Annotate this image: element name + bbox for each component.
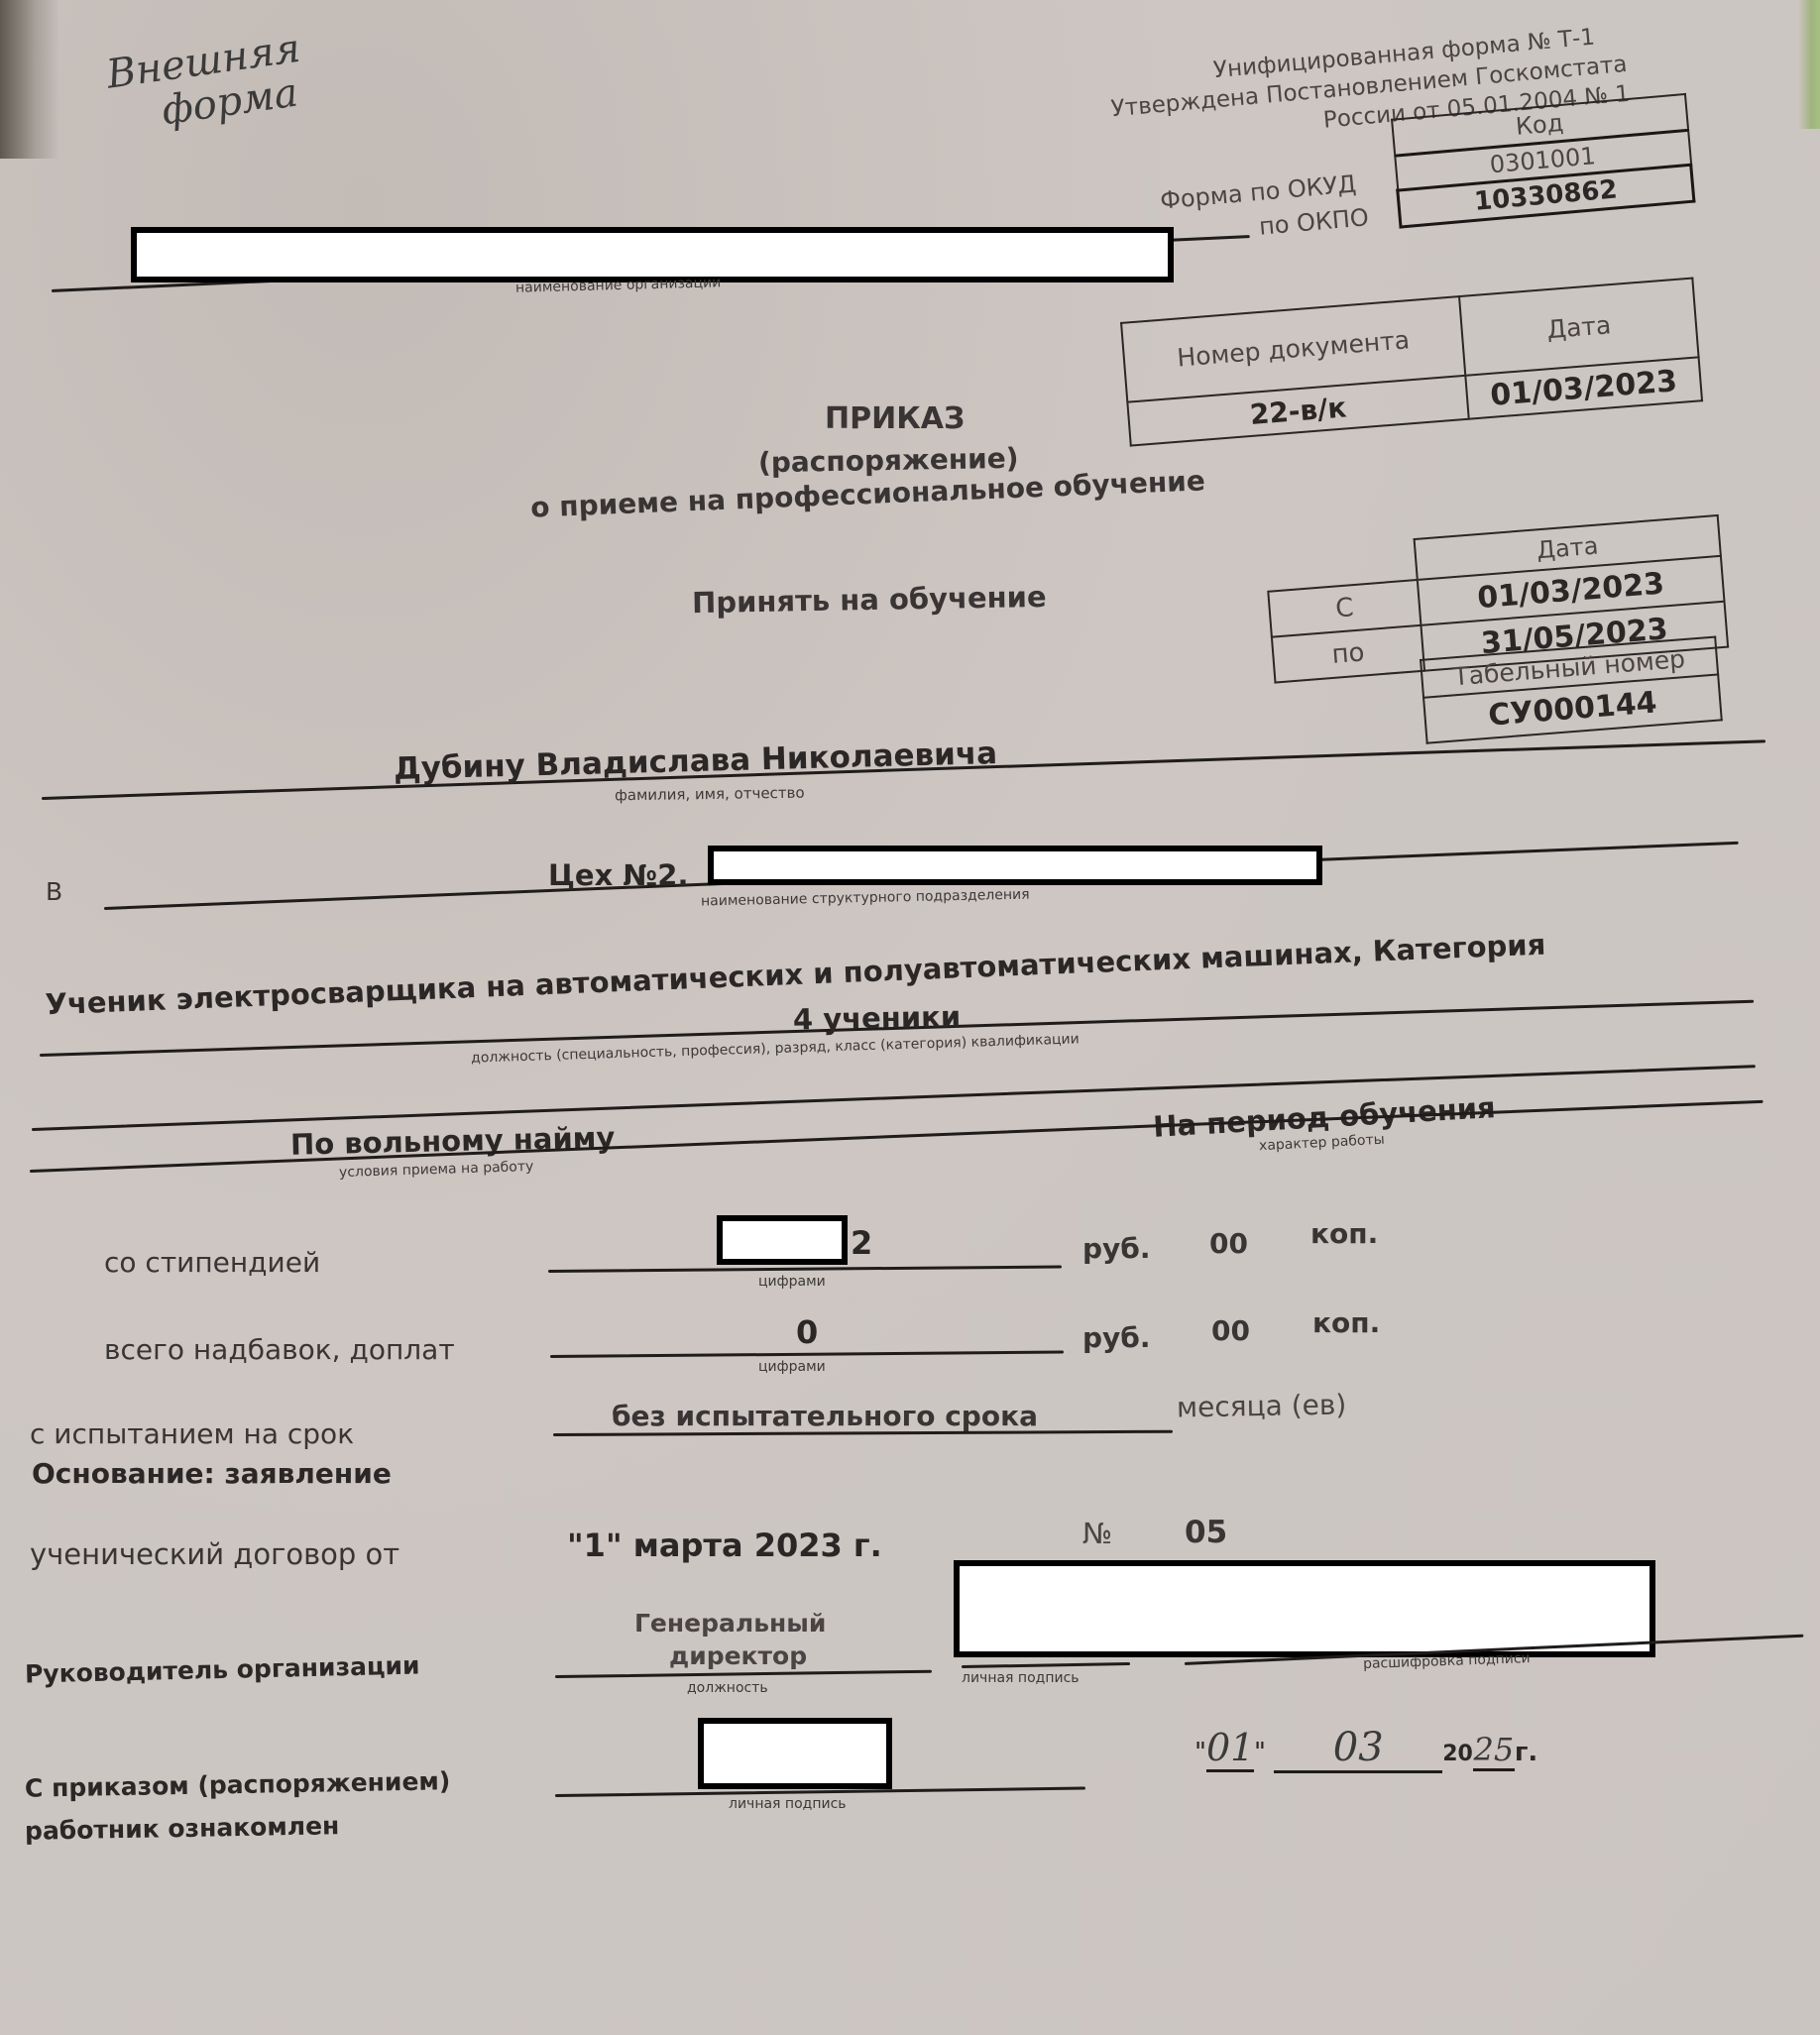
allowances-kop-label: коп. [1312, 1306, 1380, 1339]
probation-label: с испытанием на срок [30, 1417, 354, 1450]
allowances-label: всего надбавок, доплат [104, 1333, 455, 1366]
contract-label: ученический договор от [30, 1537, 399, 1571]
probation-value: без испытательного срока [612, 1400, 1038, 1432]
contract-number: 05 [1185, 1515, 1227, 1550]
ack-year-suffix: г. [1515, 1738, 1537, 1767]
head-position-line1: Генеральный [634, 1609, 826, 1638]
ack-year-prefix: 20 [1442, 1742, 1473, 1766]
probation-unit: месяца (ев) [1177, 1389, 1347, 1424]
head-position-line2: директор [669, 1641, 807, 1670]
accept-label: Принять на обучение [692, 580, 1047, 620]
ack-date: "01" 032025г. [1194, 1725, 1537, 1773]
order-title: ПРИКАЗ [825, 401, 965, 436]
org-name-redacted [131, 227, 1174, 283]
allowances-rub-label: руб. [1082, 1321, 1150, 1354]
ack-signature-redacted [698, 1718, 892, 1789]
stipend-kop-label: коп. [1310, 1217, 1378, 1250]
in-label: В [46, 877, 62, 906]
ack-day: 01 [1206, 1726, 1254, 1772]
contract-date: "1" марта 2023 г. [567, 1526, 882, 1564]
stipend-value: 2 [851, 1224, 872, 1262]
allowances-digits-caption: цифрами [758, 1359, 826, 1375]
page-shadow [0, 0, 59, 159]
ack-quote-open: " [1194, 1738, 1206, 1767]
stipend-kop-value: 00 [1209, 1227, 1248, 1260]
head-position-caption: должность [687, 1680, 768, 1696]
ack-label-line2: работник ознакомлен [25, 1811, 340, 1846]
stipend-rub-label: руб. [1082, 1232, 1150, 1265]
ack-month: 03 [1274, 1725, 1442, 1773]
ack-signature-caption: личная подпись [729, 1796, 847, 1812]
head-signature-redacted [954, 1560, 1655, 1657]
ack-quote-close: " [1254, 1738, 1266, 1767]
allowances-kop-value: 00 [1211, 1314, 1250, 1347]
name-caption: фамилия, имя, отчество [615, 784, 805, 805]
ack-year: 25 [1473, 1731, 1515, 1771]
stipend-redacted [717, 1215, 848, 1265]
allowances-value: 0 [796, 1313, 818, 1351]
contract-number-sign: № [1082, 1517, 1112, 1550]
background-edge [1798, 0, 1820, 129]
head-signature-caption: личная подпись [962, 1670, 1080, 1686]
stipend-digits-caption: цифрами [758, 1274, 826, 1290]
department-name: Цех №2. [548, 858, 688, 892]
department-redacted [708, 846, 1322, 885]
stipend-label: со стипендией [104, 1246, 320, 1279]
basis-label: Основание: заявление [32, 1457, 392, 1490]
position-line2: 4 ученики [793, 1000, 962, 1037]
